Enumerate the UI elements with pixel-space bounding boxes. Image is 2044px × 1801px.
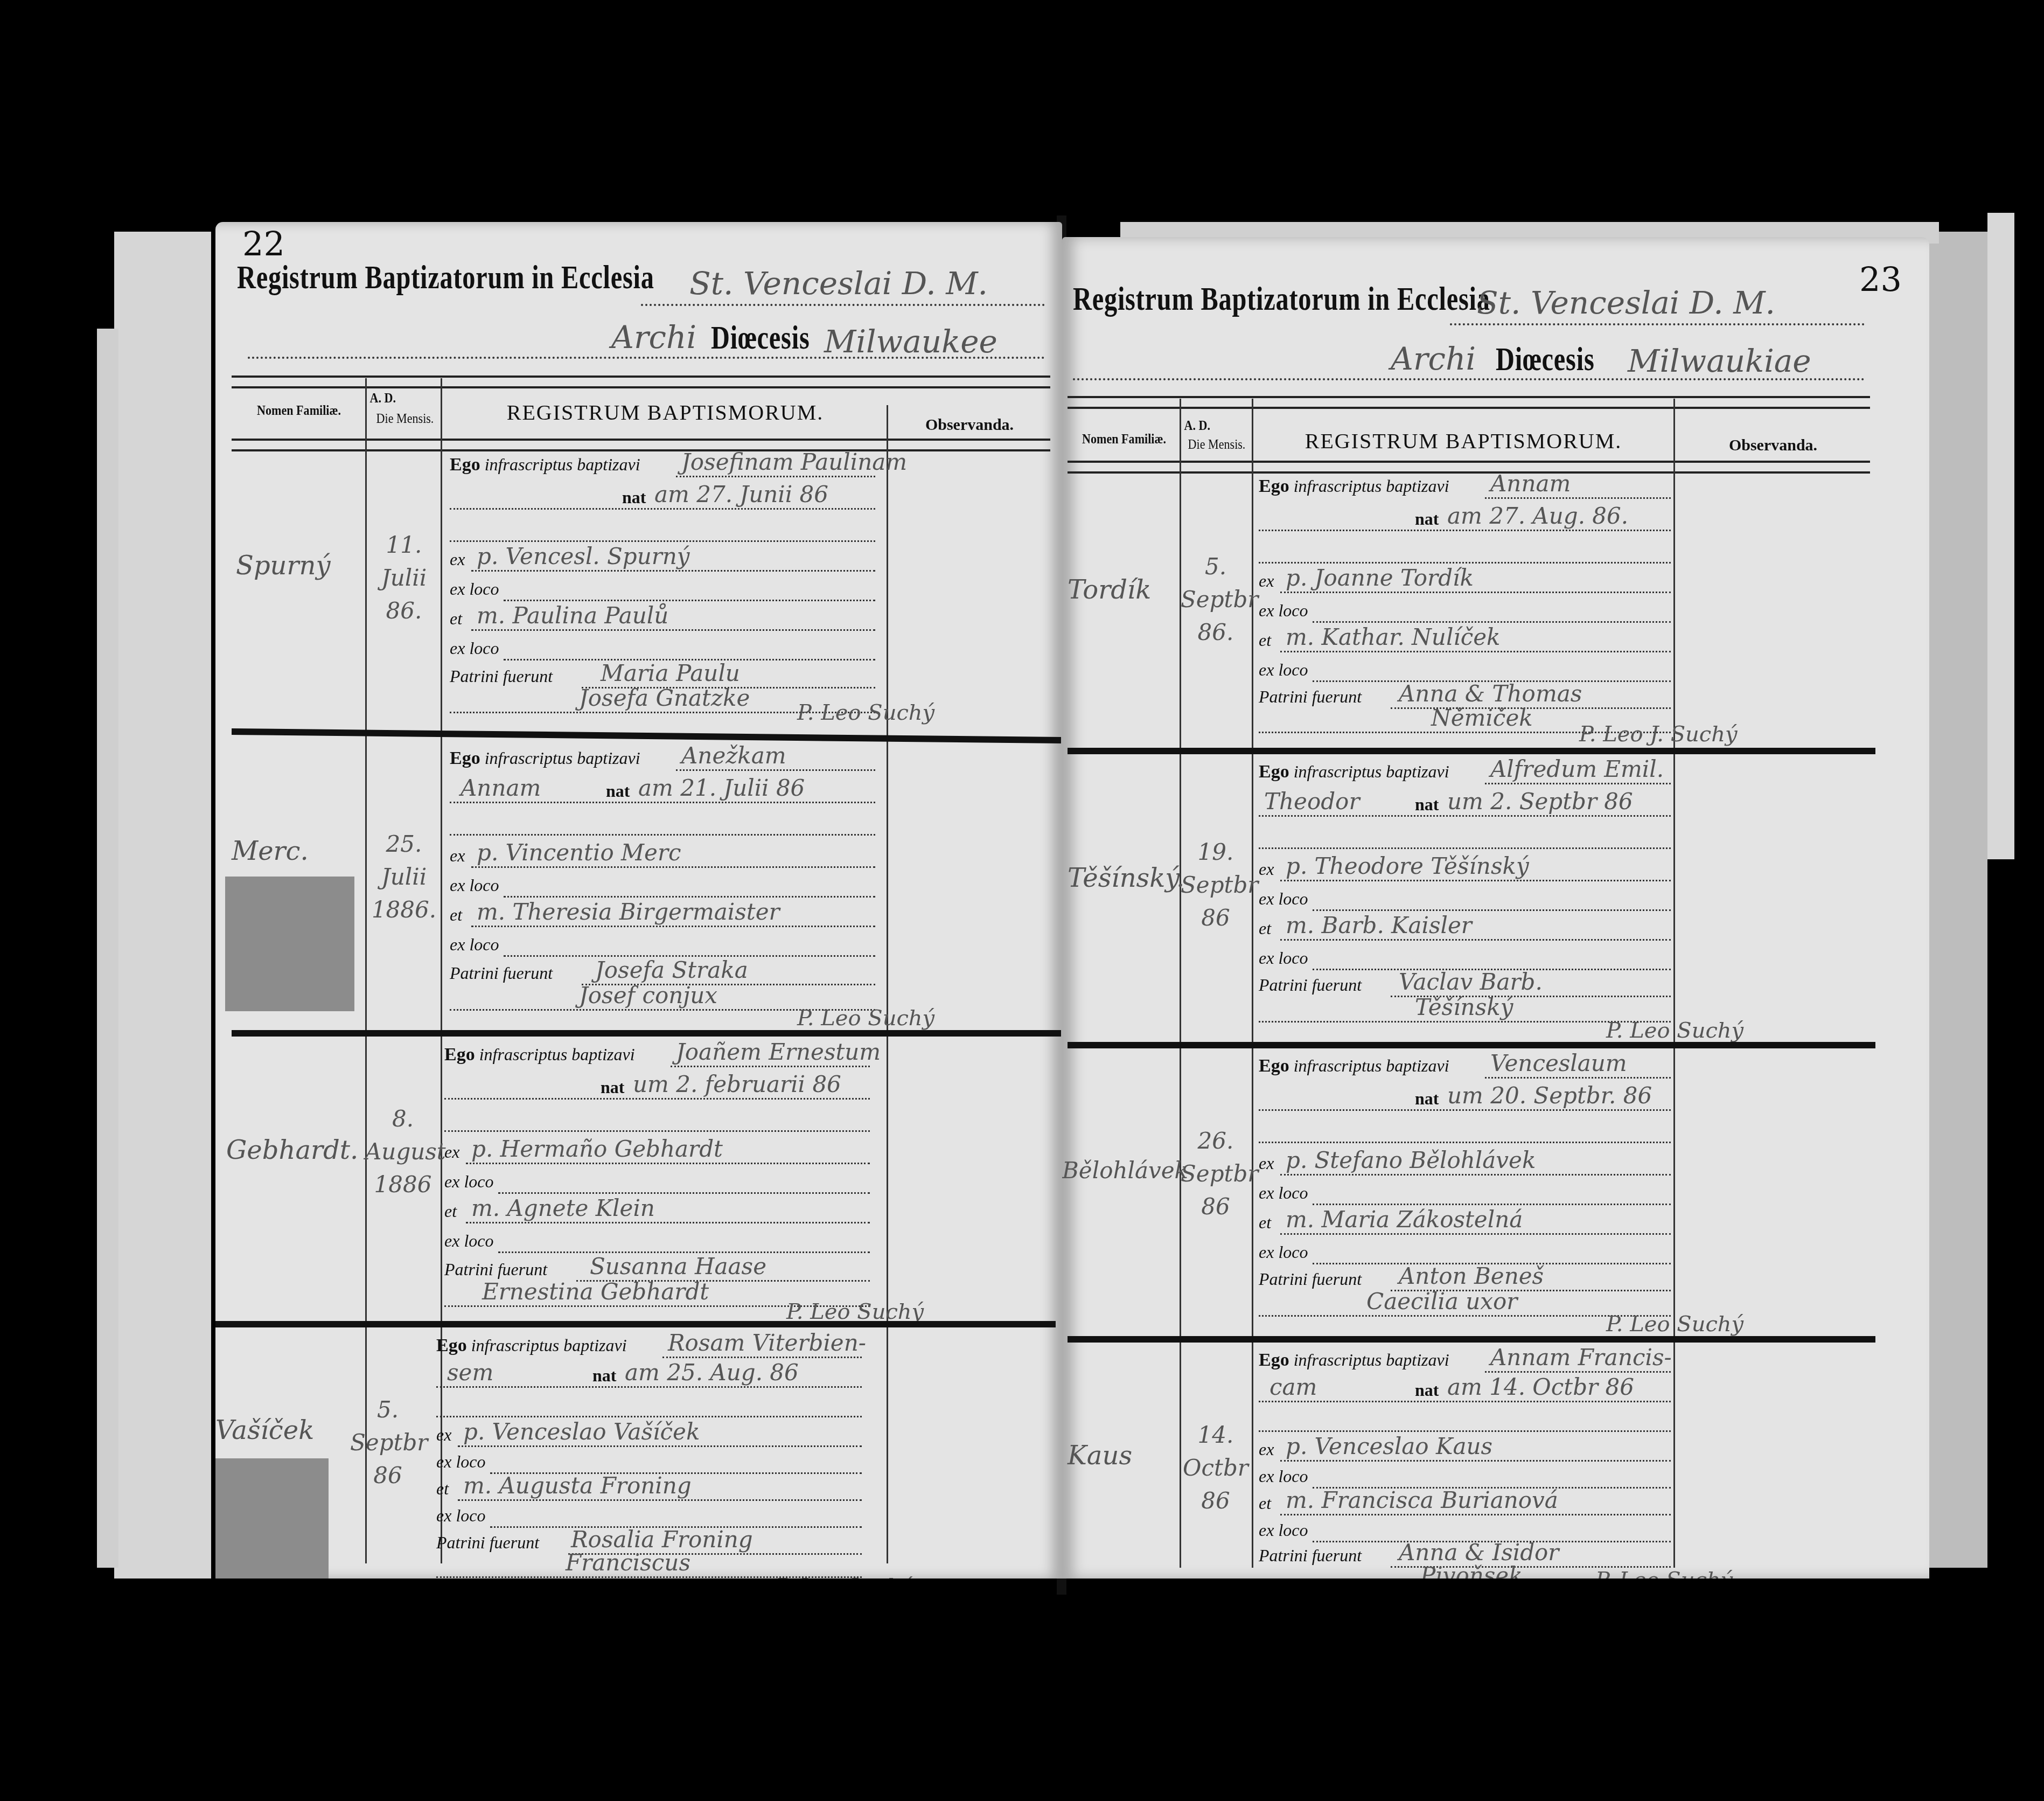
col-nomen-familiae: Nomen Familiæ. [1076, 431, 1173, 447]
register-entry: Bělohlávek 26. Septbr 86 Ego infrascript… [1062, 1049, 1929, 1330]
col-die-mensis: Die Mensis. [1187, 436, 1247, 453]
family-name: Spurný [236, 551, 331, 581]
diocese-line [1073, 378, 1865, 380]
register-entry: Gebhardt. 8. August 1886 Ego infrascript… [215, 1038, 1062, 1318]
baptized-name: Annam Francis- [1490, 1344, 1672, 1371]
birth-date: um 2. februarii 86 [633, 1071, 841, 1097]
priest-signature: P. Leo Suchý [1595, 1568, 1733, 1579]
col-observanda: Observanda. [1676, 436, 1870, 455]
ex-label: ex [450, 550, 465, 569]
ex-label: ex [1259, 1153, 1274, 1173]
ex-loco-label: ex loco [1259, 660, 1308, 680]
patrini-label: Patrini fuerunt [1259, 1546, 1362, 1566]
ex-loco-label: ex loco [1259, 1183, 1308, 1203]
priest-signature: P. Leo Suchý [797, 700, 934, 725]
ex-label: ex [450, 846, 465, 866]
patrini-label: Patrini fuerunt [1259, 1269, 1362, 1289]
godparent-2: Josef conjux [579, 982, 717, 1009]
date-month: Septbr [1181, 869, 1251, 902]
baptized-name-cont: cam [1269, 1374, 1317, 1400]
family-name: Tordík [1068, 575, 1151, 605]
baptism-date: 11. Julii 86. [369, 529, 439, 628]
left-page-stack-edge [97, 329, 118, 1568]
godparent-1: Vaclav Barb. [1399, 969, 1543, 995]
birth-date: am 14. Octbr 86 [1447, 1374, 1634, 1400]
page-number: 22 [242, 224, 285, 263]
birth-date: am 27. Junii 86 [654, 481, 828, 507]
ex-label: ex [436, 1425, 451, 1445]
baptized-name-cont: sem [447, 1359, 493, 1386]
baptism-date: 25. Julii 1886. [369, 828, 439, 927]
ex-loco-label: ex loco [436, 1506, 486, 1526]
date-year: 1886 [365, 1169, 441, 1201]
register-entry: Tordík 5. Septbr 86. Ego infrascriptus b… [1062, 470, 1929, 739]
mother: m. Maria Zákostelná [1286, 1206, 1523, 1233]
godparent-2: Franciscus [566, 1549, 690, 1576]
date-day: 11. [369, 529, 439, 562]
entry-separator [232, 1030, 1061, 1037]
date-year: 86 [350, 1459, 425, 1492]
mother: m. Francisca Burianová [1286, 1487, 1558, 1513]
entry-body: Ego infrascriptus baptizaviJoañem Ernest… [444, 1038, 870, 1318]
ego-label: Ego [1259, 1350, 1289, 1370]
et-label: et [1259, 1213, 1271, 1233]
date-year: 86. [1181, 616, 1251, 649]
birth-date: am 27. Aug. 86. [1447, 503, 1628, 529]
date-year: 86 [1181, 1485, 1251, 1518]
ex-label: ex [1259, 571, 1274, 591]
father: p. Venceslao Kaus [1286, 1433, 1492, 1459]
entry-body: Ego infrascriptus baptizaviJosefinam Pau… [450, 448, 875, 715]
baptized-name: Josefinam Paulinam [681, 449, 907, 475]
priest-signature: P. Leo J. Suchý [1579, 722, 1738, 747]
mother: m. Paulina Paulů [477, 602, 668, 629]
date-month: August [365, 1136, 441, 1169]
col-ad: A. D. [1184, 418, 1212, 434]
patrini-label: Patrini fuerunt [436, 1533, 539, 1553]
ex-loco-label: ex loco [450, 875, 499, 895]
father: p. Hermaño Gebhardt [471, 1136, 723, 1162]
godparent-1: Anna & Isidor [1399, 1539, 1559, 1566]
ego-label: Ego [1259, 762, 1289, 782]
father: p. Vencesl. Spurný [477, 543, 690, 569]
mother: m. Agnete Klein [471, 1195, 655, 1221]
date-year: 1886. [369, 894, 439, 927]
nat-label: nat [1415, 1380, 1439, 1400]
right-page-stack [1928, 232, 1987, 1568]
entry-separator [215, 1321, 1056, 1327]
family-name: Těšínský. [1068, 863, 1184, 893]
family-name: Kaus [1068, 1441, 1132, 1471]
ego-label: Ego [450, 748, 480, 768]
patrini-label: Patrini fuerunt [450, 666, 553, 686]
left-page-stack [114, 232, 211, 1579]
baptized-name: Annam [1490, 470, 1571, 497]
infrascriptus-label: infrascriptus baptizavi [485, 748, 640, 768]
godparent-2: Pivoňsek [1420, 1562, 1523, 1579]
date-month: Septbr [1181, 1158, 1251, 1191]
priest-signature: P. Leo Suchý [797, 1006, 934, 1031]
col-nomen-familiae: Nomen Familiæ. [242, 402, 357, 419]
nat-label: nat [1415, 795, 1439, 815]
ex-loco-label: ex loco [450, 935, 499, 955]
ego-label: Ego [444, 1045, 475, 1065]
family-name: Vašíček [215, 1415, 314, 1445]
date-day: 14. [1181, 1419, 1251, 1452]
godparent-1: Anton Beneš [1399, 1263, 1544, 1289]
redacted-block [215, 1458, 329, 1579]
infrascriptus-label: infrascriptus baptizavi [471, 1336, 627, 1355]
diocese-label: Diœcesis [1496, 340, 1595, 379]
entry-body: Ego infrascriptus baptizaviAnežkam Annam… [450, 742, 875, 1022]
mother: m. Kathar. Nulíček [1286, 624, 1501, 650]
priest-signature: P. Leo Suchý [1606, 1312, 1743, 1337]
header-rule-top [1068, 396, 1870, 409]
ex-loco-label: ex loco [444, 1172, 494, 1192]
ex-loco-label: ex loco [436, 1452, 486, 1472]
ex-loco-label: ex loco [1259, 1466, 1308, 1486]
register-entry: Spurný 11. Julii 86. Ego infrascriptus b… [215, 448, 1062, 715]
col-ad: A. D. [370, 390, 397, 406]
register-entry: Těšínský. 19. Septbr 86 Ego infrascriptu… [1062, 755, 1929, 1035]
mother: m. Theresia Birgermaister [477, 899, 780, 925]
infrascriptus-label: infrascriptus baptizavi [1294, 762, 1449, 781]
col-die-mensis: Die Mensis. [373, 411, 437, 427]
ex-loco-label: ex loco [444, 1231, 494, 1251]
ex-label: ex [444, 1142, 459, 1162]
godparent-2: Josefa Gnatzke [579, 685, 750, 711]
baptized-name-cont: Annam [461, 775, 541, 801]
date-day: 5. [1181, 551, 1251, 583]
birth-date: um 20. Septbr. 86 [1447, 1082, 1652, 1109]
ecclesia-name: St. Venceslai D. M. [689, 265, 988, 302]
entry-body: Ego infrascriptus baptizaviVenceslaum na… [1259, 1049, 1671, 1330]
date-month: Octbr [1181, 1452, 1251, 1485]
baptized-name: Alfredum Emil. [1490, 756, 1664, 782]
date-day: 26. [1181, 1125, 1251, 1158]
date-year: 86 [1181, 902, 1251, 935]
infrascriptus-label: infrascriptus baptizavi [1294, 476, 1449, 496]
family-name: Gebhardt. [226, 1135, 358, 1165]
nat-label: nat [622, 488, 646, 507]
entry-body: Ego infrascriptus baptizaviRosam Viterbi… [436, 1329, 862, 1577]
ex-loco-label: ex loco [450, 579, 499, 599]
godparent-1: Josefa Straka [595, 957, 748, 983]
infrascriptus-label: infrascriptus baptizavi [1294, 1056, 1449, 1075]
et-label: et [1259, 919, 1271, 938]
register-title: Registrum Baptizatorum in Ecclesia [237, 259, 654, 297]
godparent-1: Anna & Thomas [1399, 680, 1582, 707]
nat-label: nat [592, 1366, 616, 1386]
nat-label: nat [601, 1077, 624, 1097]
father: p. Venceslao Vašíček [463, 1418, 700, 1445]
ex-label: ex [1259, 859, 1274, 879]
redacted-block [225, 877, 354, 1011]
priest-signature: P. Leo Suchý [776, 1574, 913, 1579]
entry-separator [1068, 1336, 1875, 1343]
register-title: Registrum Baptizatorum in Ecclesia [1073, 280, 1490, 318]
father: p. Theodore Těšínský [1286, 853, 1529, 879]
family-name: Merc. [232, 836, 309, 866]
left-page: 22 Registrum Baptizatorum in Ecclesia St… [215, 222, 1062, 1579]
et-label: et [450, 609, 462, 629]
birth-date: am 21. Julii 86 [638, 775, 805, 801]
patrini-label: Patrini fuerunt [444, 1260, 547, 1280]
ex-loco-label: ex loco [1259, 948, 1308, 968]
col-registrum: REGISTRUM BAPTISMORUM. [442, 400, 889, 425]
family-name: Bělohlávek [1062, 1157, 1188, 1184]
birth-date: um 2. Septbr 86 [1447, 788, 1633, 815]
ecclesia-line [1450, 323, 1865, 325]
baptized-name: Anežkam [681, 742, 786, 769]
father: p. Stefano Bělohlávek [1286, 1147, 1536, 1173]
diocese-prefix: Archi [611, 319, 696, 356]
date-day: 5. [350, 1394, 425, 1427]
ex-loco-label: ex loco [1259, 1242, 1308, 1262]
nat-label: nat [1415, 509, 1439, 529]
father: p. Joanne Tordík [1286, 565, 1474, 591]
diocese-line [248, 357, 1045, 359]
entry-body: Ego infrascriptus baptizaviAnnam natam 2… [1259, 470, 1671, 739]
patrini-label: Patrini fuerunt [1259, 687, 1362, 707]
baptism-date: 26. Septbr 86 [1181, 1125, 1251, 1223]
baptism-date: 14. Octbr 86 [1181, 1419, 1251, 1518]
date-month: Julii [369, 562, 439, 595]
infrascriptus-label: infrascriptus baptizavi [1294, 1350, 1449, 1369]
nat-label: nat [1415, 1089, 1439, 1109]
baptism-date: 5. Septbr 86 [350, 1394, 425, 1492]
infrascriptus-label: infrascriptus baptizavi [485, 455, 640, 474]
ex-loco-label: ex loco [1259, 601, 1308, 621]
col-registrum: REGISTRUM BAPTISMORUM. [1253, 428, 1673, 454]
ego-label: Ego [1259, 1056, 1289, 1076]
date-day: 8. [365, 1103, 441, 1136]
ego-label: Ego [1259, 476, 1289, 496]
infrascriptus-label: infrascriptus baptizavi [479, 1045, 635, 1064]
godparent-2: Caecilia uxor [1366, 1288, 1517, 1315]
diocese-label: Diœcesis [711, 319, 810, 357]
ex-label: ex [1259, 1440, 1274, 1459]
entry-separator [1068, 1042, 1875, 1048]
date-month: Julii [369, 861, 439, 894]
entry-body: Ego infrascriptus baptizaviAlfredum Emil… [1259, 755, 1671, 1035]
baptized-name: Venceslaum [1490, 1050, 1627, 1076]
entry-separator [232, 728, 1061, 743]
right-page-stack-outer [1987, 213, 2014, 859]
father: p. Vincentio Merc [477, 839, 681, 866]
date-month: Septbr [1181, 583, 1251, 616]
birth-date: am 25. Aug. 86 [625, 1359, 799, 1386]
register-entry: Vašíček 5. Septbr 86 Ego infrascriptus b… [215, 1329, 1062, 1577]
godparent-2: Těšínský [1415, 994, 1513, 1020]
date-month: Septbr [350, 1427, 425, 1459]
right-page: 23 Registrum Baptizatorum in Ecclesia St… [1062, 237, 1929, 1579]
godparent-1: Rosalia Froning [571, 1526, 753, 1553]
baptism-date: 5. Septbr 86. [1181, 551, 1251, 649]
ego-label: Ego [436, 1336, 467, 1355]
mother: m. Barb. Kaisler [1286, 912, 1472, 938]
page-number: 23 [1859, 260, 1902, 299]
baptized-name: Rosam Viterbien- [668, 1330, 866, 1356]
entry-body: Ego infrascriptus baptizaviAnnam Francis… [1259, 1344, 1671, 1579]
ex-loco-label: ex loco [1259, 889, 1308, 909]
register-entry: Merc. 25. Julii 1886. Ego infrascriptus … [215, 742, 1062, 1022]
entry-separator [1068, 748, 1875, 754]
godparent-1: Maria Paulu [601, 660, 740, 686]
et-label: et [450, 905, 462, 925]
baptism-date: 19. Septbr 86 [1181, 836, 1251, 935]
date-year: 86 [1181, 1191, 1251, 1223]
diocese-name: Milwaukiae [1628, 343, 1811, 379]
godparent-2: Ernestina Gebhardt [482, 1278, 709, 1305]
priest-signature: P. Leo Suchý [1606, 1018, 1743, 1043]
et-label: et [1259, 630, 1271, 650]
baptism-date: 8. August 1886 [365, 1103, 441, 1201]
patrini-label: Patrini fuerunt [450, 963, 553, 983]
date-day: 19. [1181, 836, 1251, 869]
baptized-name-cont: Theodor [1264, 788, 1359, 815]
header-rule-top [232, 376, 1050, 388]
nat-label: nat [606, 781, 630, 801]
diocese-prefix: Archi [1391, 340, 1476, 377]
ex-loco-label: ex loco [450, 638, 499, 658]
ecclesia-name: St. Venceslai D. M. [1477, 284, 1775, 321]
date-day: 25. [369, 828, 439, 861]
et-label: et [436, 1479, 449, 1499]
ex-loco-label: ex loco [1259, 1520, 1308, 1540]
col-observanda: Observanda. [889, 416, 1050, 434]
ego-label: Ego [450, 455, 480, 475]
ecclesia-line [641, 304, 1045, 306]
et-label: et [444, 1201, 457, 1221]
godparent-1: Susanna Haase [590, 1253, 766, 1280]
date-year: 86. [369, 595, 439, 628]
baptized-name: Joañem Ernestum [676, 1039, 881, 1065]
patrini-label: Patrini fuerunt [1259, 975, 1362, 995]
godparent-2: Němiček [1431, 705, 1533, 731]
diocese-name: Milwaukee [824, 323, 997, 360]
register-entry: Kaus 14. Octbr 86 Ego infrascriptus bapt… [1062, 1344, 1929, 1579]
mother: m. Augusta Froning [463, 1472, 692, 1499]
et-label: et [1259, 1493, 1271, 1513]
